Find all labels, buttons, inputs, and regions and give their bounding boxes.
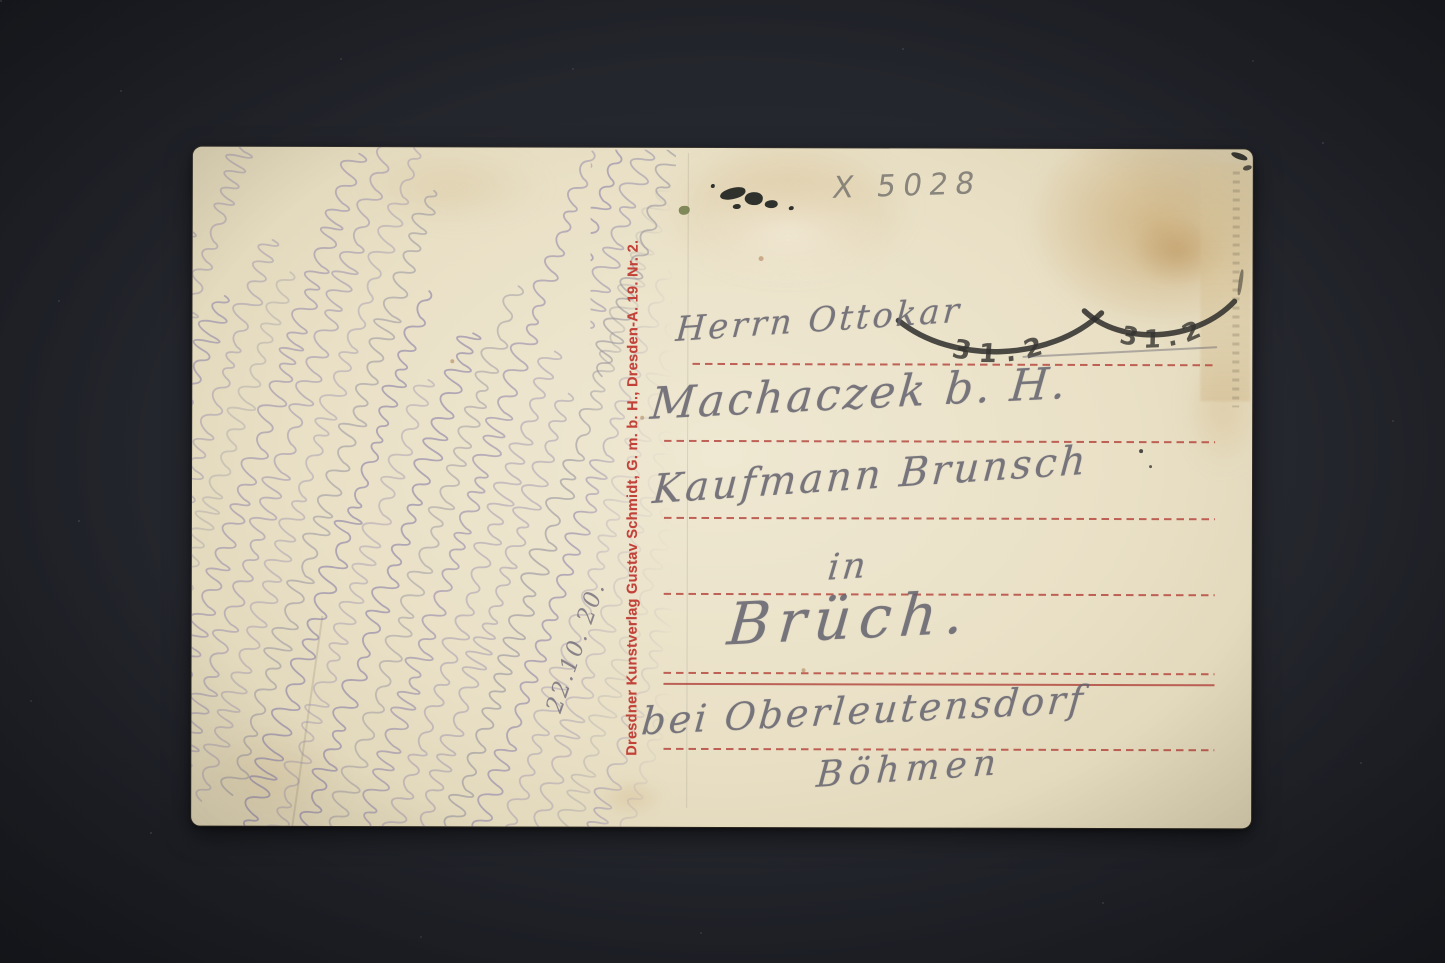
ink-dot bbox=[1139, 449, 1143, 453]
ink-smudge bbox=[789, 206, 794, 210]
address-line-5: Brüch. bbox=[725, 578, 975, 659]
address-line-4: in bbox=[826, 545, 871, 589]
publisher-imprint: Dresdner Kunstverlag Gustav Schmidt, G. … bbox=[624, 190, 641, 756]
ink-smudge bbox=[711, 184, 715, 188]
ink-mark bbox=[1230, 151, 1248, 162]
catalog-number: X 5028 bbox=[830, 166, 983, 206]
photo-backdrop: 22.10. 20. Dresdner Kunstverlag Gustav S… bbox=[0, 0, 1445, 963]
dust-specks bbox=[0, 0, 2, 2]
ink-dot bbox=[1149, 465, 1152, 468]
ink-smudge bbox=[765, 200, 778, 208]
ink-smudge bbox=[733, 204, 741, 209]
postcard: 22.10. 20. Dresdner Kunstverlag Gustav S… bbox=[191, 147, 1253, 829]
